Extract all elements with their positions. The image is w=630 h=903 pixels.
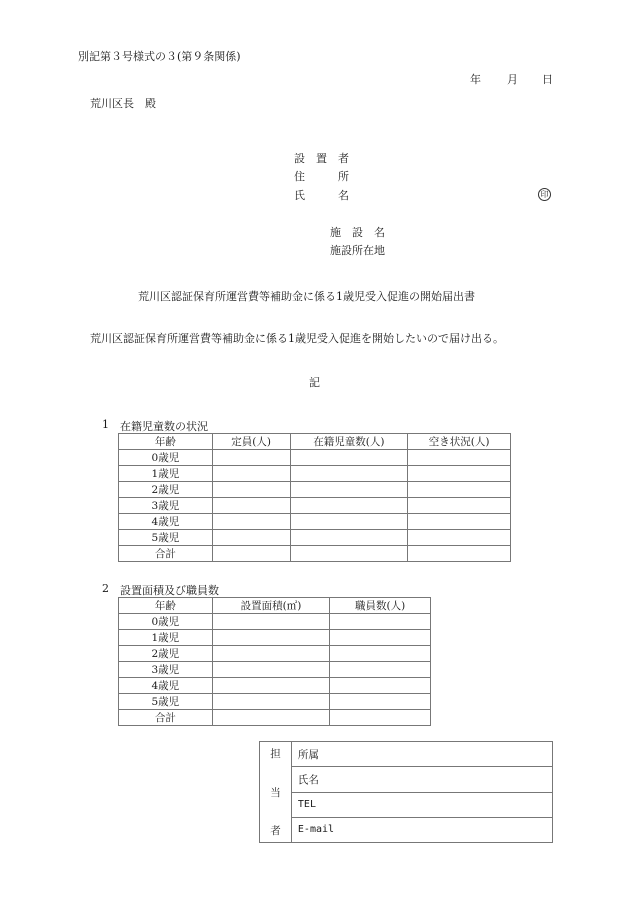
capacity-cell[interactable] — [212, 546, 290, 562]
document-body: 荒川区認証保育所運営費等補助金に係る1歳児受入促進を開始したいので届け出る。 — [90, 330, 504, 346]
row-label: 2歳児 — [119, 646, 213, 662]
area-cell[interactable] — [212, 678, 330, 694]
table-row: 4歳児 — [119, 514, 511, 530]
addressee: 荒川区長 殿 — [90, 95, 156, 111]
vacancy-cell[interactable] — [408, 546, 511, 562]
form-number: 別記第３号様式の３(第９条関係) — [78, 48, 241, 64]
row-label: 5歳児 — [119, 530, 213, 546]
row-label: 合計 — [119, 710, 213, 726]
row-label: 4歳児 — [119, 678, 213, 694]
col-header-enrolled: 在籍児童数(人) — [290, 434, 408, 450]
seal-mark: 印 — [538, 187, 551, 201]
row-label: 3歳児 — [119, 498, 213, 514]
table-row-total: 合計 — [119, 710, 431, 726]
row-label: 1歳児 — [119, 630, 213, 646]
enrolled-cell[interactable] — [290, 546, 408, 562]
enrolled-cell[interactable] — [290, 530, 408, 546]
row-label: 4歳児 — [119, 514, 213, 530]
table-header-row: 年齢 定員(人) 在籍児童数(人) 空き状況(人) — [119, 434, 511, 450]
capacity-cell[interactable] — [212, 450, 290, 466]
capacity-cell[interactable] — [212, 498, 290, 514]
area-cell[interactable] — [212, 614, 330, 630]
area-cell[interactable] — [212, 646, 330, 662]
vacancy-cell[interactable] — [408, 530, 511, 546]
staff-cell[interactable] — [330, 630, 431, 646]
contact-label: 担 当 者 — [260, 742, 292, 843]
date-year-label: 年 — [470, 71, 481, 87]
col-header-vacancy: 空き状況(人) — [408, 434, 511, 450]
date-month-label: 月 — [507, 71, 518, 87]
table-row: 4歳児 — [119, 678, 431, 694]
table-row: 3歳児 — [119, 662, 431, 678]
document-title: 荒川区認証保育所運営費等補助金に係る1歳児受入促進の開始届出書 — [138, 288, 475, 304]
staff-cell[interactable] — [330, 710, 431, 726]
capacity-cell[interactable] — [212, 514, 290, 530]
table-row: 5歳児 — [119, 530, 511, 546]
section2-heading: 設置面積及び職員数 — [120, 582, 219, 598]
contact-person-table: 担 当 者 所属 氏名 TEL E-mail — [259, 741, 553, 843]
facility-location-label: 施設所在地 — [330, 242, 385, 258]
col-header-age: 年齢 — [119, 598, 213, 614]
table-row: 2歳児 — [119, 646, 431, 662]
col-header-capacity: 定員(人) — [212, 434, 290, 450]
staff-cell[interactable] — [330, 662, 431, 678]
name-label: 氏 名 — [294, 187, 349, 203]
enrolled-cell[interactable] — [290, 482, 408, 498]
installer-label: 設 置 者 — [294, 150, 349, 166]
table-row: 2歳児 — [119, 482, 511, 498]
vacancy-cell[interactable] — [408, 514, 511, 530]
col-header-area: 設置面積(㎡) — [212, 598, 330, 614]
section1-number: 1 — [102, 418, 109, 431]
table-row: 0歳児 — [119, 450, 511, 466]
table-row: 3歳児 — [119, 498, 511, 514]
enrolled-cell[interactable] — [290, 514, 408, 530]
table-row: 1歳児 — [119, 630, 431, 646]
vacancy-cell[interactable] — [408, 482, 511, 498]
row-label: 3歳児 — [119, 662, 213, 678]
table-row: 5歳児 — [119, 694, 431, 710]
row-label: 0歳児 — [119, 450, 213, 466]
address-label: 住 所 — [294, 168, 349, 184]
contact-label-char: 者 — [260, 823, 291, 838]
section2-number: 2 — [102, 582, 109, 595]
enrolled-cell[interactable] — [290, 450, 408, 466]
area-cell[interactable] — [212, 710, 330, 726]
ki-label: 記 — [309, 374, 320, 390]
staff-cell[interactable] — [330, 614, 431, 630]
contact-name-field[interactable]: 氏名 — [291, 767, 552, 792]
col-header-age: 年齢 — [119, 434, 213, 450]
area-cell[interactable] — [212, 694, 330, 710]
vacancy-cell[interactable] — [408, 450, 511, 466]
col-header-staff: 職員数(人) — [330, 598, 431, 614]
date-day-label: 日 — [542, 71, 553, 87]
tel-field[interactable]: TEL — [291, 792, 552, 817]
area-staff-table: 年齢 設置面積(㎡) 職員数(人) 0歳児 1歳児 2歳児 3歳児 4歳児 5歳… — [118, 597, 431, 726]
staff-cell[interactable] — [330, 694, 431, 710]
row-label: 2歳児 — [119, 482, 213, 498]
staff-cell[interactable] — [330, 678, 431, 694]
enrolled-cell[interactable] — [290, 466, 408, 482]
capacity-cell[interactable] — [212, 530, 290, 546]
enrollment-table: 年齢 定員(人) 在籍児童数(人) 空き状況(人) 0歳児 1歳児 2歳児 3歳… — [118, 433, 511, 562]
area-cell[interactable] — [212, 662, 330, 678]
seal-icon: 印 — [538, 188, 551, 201]
table-row: 1歳児 — [119, 466, 511, 482]
row-label: 1歳児 — [119, 466, 213, 482]
facility-name-label: 施 設 名 — [330, 224, 385, 240]
affiliation-field[interactable]: 所属 — [291, 742, 552, 767]
vacancy-cell[interactable] — [408, 466, 511, 482]
contact-label-char: 担 — [260, 746, 291, 761]
row-label: 5歳児 — [119, 694, 213, 710]
table-row-total: 合計 — [119, 546, 511, 562]
contact-label-char: 当 — [260, 785, 291, 800]
area-cell[interactable] — [212, 630, 330, 646]
enrolled-cell[interactable] — [290, 498, 408, 514]
table-row: 0歳児 — [119, 614, 431, 630]
vacancy-cell[interactable] — [408, 498, 511, 514]
capacity-cell[interactable] — [212, 482, 290, 498]
capacity-cell[interactable] — [212, 466, 290, 482]
table-header-row: 年齢 設置面積(㎡) 職員数(人) — [119, 598, 431, 614]
row-label: 0歳児 — [119, 614, 213, 630]
row-label: 合計 — [119, 546, 213, 562]
staff-cell[interactable] — [330, 646, 431, 662]
section1-heading: 在籍児童数の状況 — [120, 418, 208, 434]
email-field[interactable]: E-mail — [291, 817, 552, 842]
